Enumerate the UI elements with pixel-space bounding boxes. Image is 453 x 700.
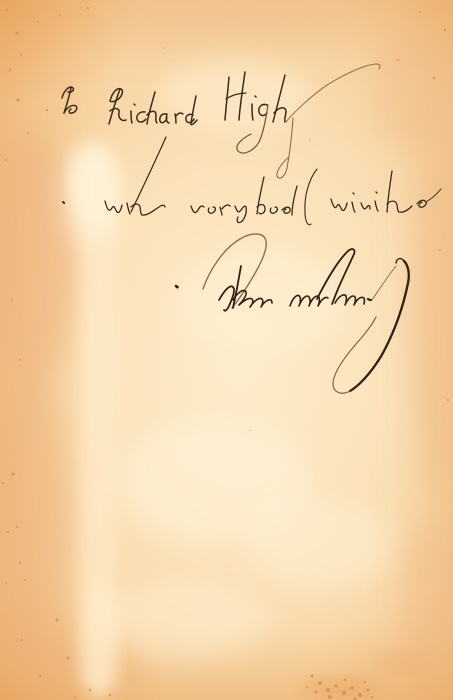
signature (176, 234, 409, 393)
inscription-line-1 (62, 64, 380, 178)
book-page: To Richard High with very best wishes Jo… (0, 0, 453, 700)
inscription (0, 0, 453, 700)
